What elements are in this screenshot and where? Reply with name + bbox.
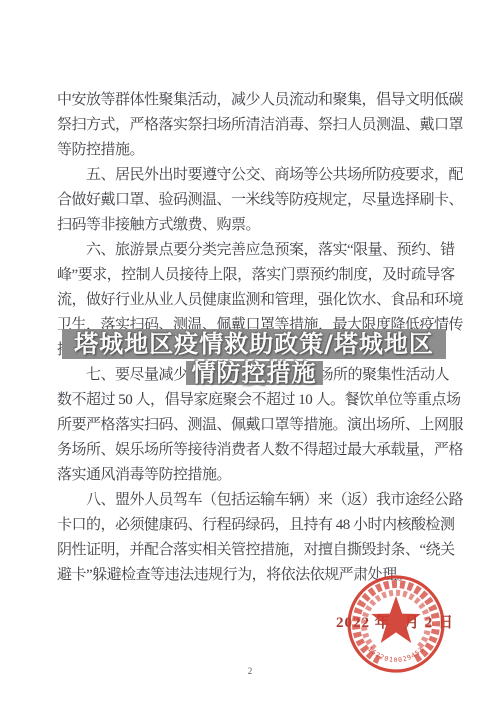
document-line: 务场所、娱乐场所等接待消费者人数不得超过最大承载量，严格	[57, 438, 449, 463]
overlay-title-line1: 塔城地区疫情救助政策/塔城地区疫	[62, 329, 446, 359]
document-line: 八、盟外人员驾车（包括运输车辆）来（返）我市途经公路	[57, 488, 449, 513]
document-line: 六、旅游景点要分类完善应急预案，落实“限量、预约、错	[57, 238, 449, 263]
document-line: 流，做好行业从业人员健康监测和管理，强化饮水、食品和环境	[57, 288, 449, 313]
document-page: 中安放等群体性聚集活动，减少人员流动和聚集，倡导文明低碳 祭扫方式，严格落实祭扫…	[0, 0, 500, 711]
document-line: 落实通风消毒等防控措施。	[57, 463, 449, 488]
overlay-title-line2: 情防控措施	[186, 361, 323, 385]
document-line: 数不超过 50 人，倡导家庭聚会不超过 10 人。餐饮单位等重点场	[57, 388, 449, 413]
document-line: 峰”要求，控制人员接待上限，落实门票预约制度，及时疏导客	[57, 263, 449, 288]
document-line: 祭扫方式，严格落实祭扫场所清洁消毒、祭扫人员测温、戴口罩	[57, 113, 449, 138]
document-line: 合做好戴口罩、验码测温、一米线等防疫规定，尽量选择刷卡、	[57, 188, 449, 213]
document-line: 五、居民外出时要遵守公交、商场等公共场所防疫要求，配	[57, 163, 449, 188]
document-line: 扫码等非接触方式缴费、购票。	[57, 213, 449, 238]
seal-star-icon	[371, 596, 420, 643]
document-line: 卡口的，必须健康码、行程码绿码，且持有 48 小时内核酸检测	[57, 513, 449, 538]
document-line: 等防控措施。	[57, 138, 449, 163]
document-line: 中安放等群体性聚集活动，减少人员流动和聚集，倡导文明低碳	[57, 88, 449, 113]
official-seal-icon: 1622010029453	[336, 564, 456, 684]
document-line: 所要严格落实扫码、测温、佩戴口罩等措施。演出场所、上网服	[57, 413, 449, 438]
document-line: 阴性证明，并配合落实相关管控措施，对擅自撕毁封条、“绕关	[57, 538, 449, 563]
overlay-title-banner: 塔城地区疫情救助政策/塔城地区疫情防控措施	[62, 329, 446, 387]
